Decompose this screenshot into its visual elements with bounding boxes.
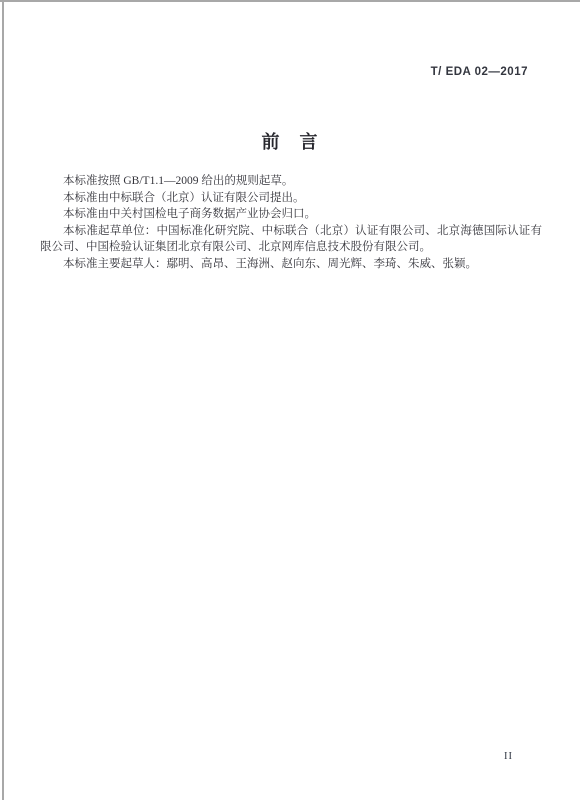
foreword-title: 前 言	[0, 128, 580, 154]
scan-edge-top	[0, 0, 580, 2]
foreword-paragraph-proposer: 本标准由中标联合（北京）认证有限公司提出。	[40, 190, 542, 207]
foreword-body: 本标准按照 GB/T1.1—2009 给出的规则起草。 本标准由中标联合（北京）…	[40, 173, 542, 272]
document-page: T/ EDA 02—2017 前 言 本标准按照 GB/T1.1—2009 给出…	[0, 0, 580, 800]
foreword-paragraph-drafting-rules: 本标准按照 GB/T1.1—2009 给出的规则起草。	[40, 173, 542, 190]
foreword-paragraph-drafting-organizations: 本标准起草单位：中国标准化研究院、中标联合（北京）认证有限公司、北京海德国际认证…	[40, 223, 542, 256]
standard-code: T/ EDA 02—2017	[431, 66, 528, 78]
scan-edge-left	[2, 0, 4, 800]
foreword-paragraph-main-drafters: 本标准主要起草人：鄢明、高昂、王海洲、赵向东、周光辉、李琦、朱威、张颖。	[40, 256, 542, 273]
page-number: II	[504, 751, 513, 762]
foreword-paragraph-administration: 本标准由中关村国检电子商务数据产业协会归口。	[40, 206, 542, 223]
